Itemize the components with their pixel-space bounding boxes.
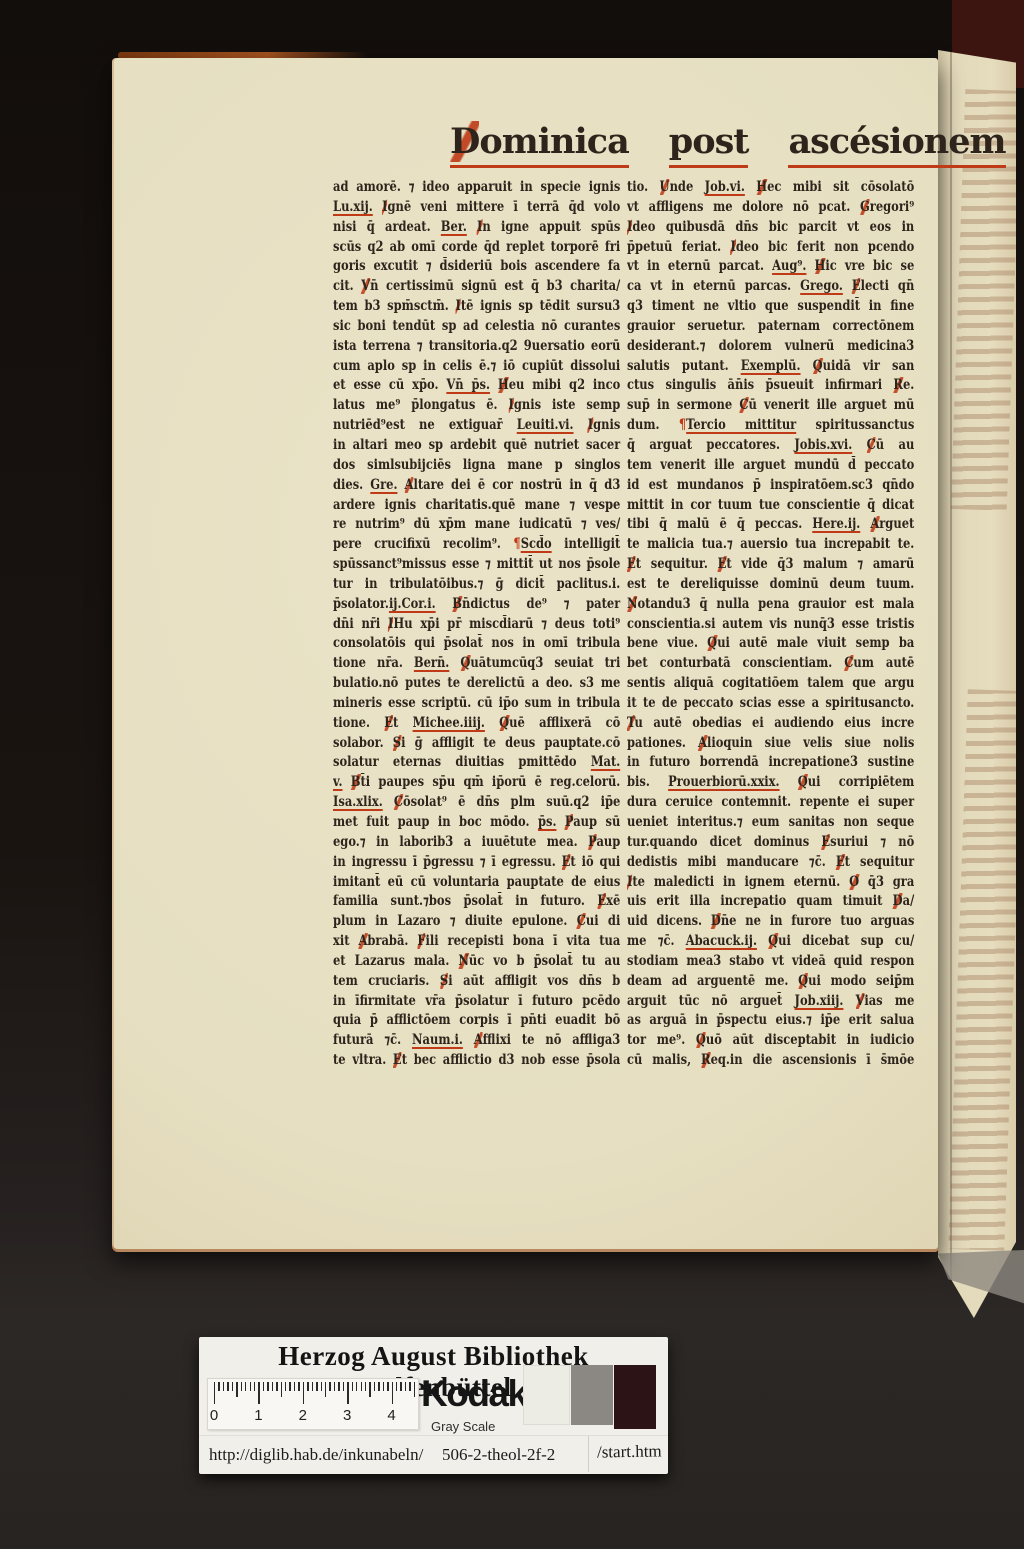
rubricated-reference: Scd̄o bbox=[521, 536, 552, 552]
text-line: tem b3 spm̄sctm̄. Itē ignis sp tēdit sur… bbox=[333, 297, 620, 317]
text-line: tur in tribulatōibus.⁊ ḡ dicit̄ paclitus… bbox=[333, 575, 620, 595]
text-line: cit. Vn̄ certissimū signū est q̄ b3 char… bbox=[333, 277, 620, 297]
text-segment: u autē obedias ei audiendo eius incre bbox=[634, 715, 914, 731]
text-segment: as arguā in p̄spectu eius.⁊ ip̄e erit sa… bbox=[627, 1012, 914, 1028]
rubricated-initial: D bbox=[711, 913, 721, 929]
text-line: sic boni tendūt sp ad celestia nō curant… bbox=[333, 317, 620, 337]
text-segment: ca vt in eternū parcas. bbox=[627, 278, 800, 294]
text-segment: regori⁹ bbox=[870, 199, 915, 215]
running-title-text: p bbox=[669, 121, 692, 162]
rubricated-reference: Tercio mittitur bbox=[686, 417, 796, 433]
rubricated-reference: Grego. bbox=[800, 278, 843, 294]
rubricated-initial: Q bbox=[707, 635, 717, 651]
text-segment: ctus singulis ān̄is p̄sueuit infirmari bbox=[627, 377, 893, 393]
ruler-tick bbox=[365, 1382, 366, 1391]
rubricated-initial: E bbox=[627, 556, 636, 572]
rubricated-reference: Mat. bbox=[591, 754, 620, 770]
rubricated-initial: C bbox=[577, 913, 586, 929]
text-line: ego.⁊ in laborib3 a iuuētute mea. Paup bbox=[333, 833, 620, 853]
text-segment: eq.in die ascensionis ī s̄mōe bbox=[711, 1052, 915, 1068]
text-segment: stodiam mea3 stabo vt videā quid respon bbox=[627, 953, 914, 969]
text-segment: sentis aliquā cogitatiōem talem que argu bbox=[627, 675, 914, 691]
text-line: latus me⁹ p̄longatus ē. Ignis iste semp bbox=[333, 396, 620, 416]
text-segment: deo quibusdā dn̄s bic parcit vt eos in bbox=[632, 219, 914, 235]
kodak-logo-text: Kodak bbox=[421, 1373, 527, 1415]
text-segment: rguet bbox=[879, 516, 914, 532]
text-segment bbox=[757, 933, 768, 949]
rubricated-reference: v. bbox=[333, 774, 343, 790]
rubricated-initial: E bbox=[597, 893, 606, 909]
text-line: bet conturbatā conscientiam. Cum autē bbox=[627, 654, 914, 674]
text-segment: t sequitur. bbox=[636, 556, 718, 572]
text-line: ad amorē. ⁊ ideo apparuit in specie igni… bbox=[333, 178, 620, 198]
text-segment: ltare dei ē cor nostrū in q̄ d3 bbox=[413, 477, 620, 493]
text-segment: ui dicebat sup cu/ bbox=[778, 933, 914, 949]
rubricated-initial: A bbox=[405, 477, 414, 493]
text-segment: uō aūt disceptabit in iudicio bbox=[706, 1032, 914, 1048]
ruler-tick bbox=[218, 1382, 219, 1391]
rubricated-initial: U bbox=[660, 179, 670, 195]
text-segment: ūc vo b p̄solat̄ tu au bbox=[469, 953, 620, 969]
text-segment: tibi q̄ malū ē q̄ peccas. bbox=[627, 516, 812, 532]
text-segment: scūs q2 ab omī corde q̄d replet torporē … bbox=[333, 239, 620, 255]
facing-page-edge bbox=[938, 50, 1016, 1318]
right-text-column: tio. Unde Job.vi. Hec mibi sit cōsolatōv… bbox=[627, 178, 914, 1088]
text-segment: tē ignis sp tēdit sursu3 bbox=[461, 298, 620, 314]
running-title-text: scésionem bbox=[810, 121, 1005, 162]
ruler-tick bbox=[334, 1382, 335, 1391]
text-segment: conscientia.si autem vis nunq̄3 esse tri… bbox=[627, 616, 914, 632]
running-title-word: ascésionem bbox=[788, 120, 1005, 168]
running-title-word: post bbox=[669, 120, 749, 168]
rubricated-initial: C bbox=[867, 437, 876, 453]
rubricated-initial: P bbox=[588, 834, 596, 850]
text-segment: n̄ certissimū signū est q̄ b3 charita/ bbox=[370, 278, 620, 294]
text-segment: i aūt affligit vos dn̄s b bbox=[448, 973, 620, 989]
rubricated-initial: R bbox=[701, 1052, 711, 1068]
text-line: scūs q2 ab omī corde q̄d replet torporē … bbox=[333, 238, 620, 258]
rubricated-initial: V bbox=[856, 993, 865, 1009]
text-segment: imitant̄ eū cū voluntaria pauptate de ei… bbox=[333, 874, 620, 890]
text-segment: nde bbox=[670, 179, 705, 195]
ruler-tick bbox=[396, 1382, 397, 1391]
text-line: ista terrena ⁊ transitoria.q2 9uersatio … bbox=[333, 337, 620, 357]
text-segment: tione nr̄a. bbox=[333, 655, 414, 671]
rubricated-initial: S bbox=[393, 735, 401, 751]
rubricated-initial: Q bbox=[499, 715, 509, 731]
ruler-tick bbox=[276, 1382, 277, 1391]
ruler-number: 3 bbox=[343, 1407, 351, 1424]
rubricated-reference: Gre. bbox=[370, 477, 397, 493]
running-title-text: ominica bbox=[479, 121, 628, 162]
text-segment: tem cruciaris. bbox=[333, 973, 440, 989]
rubricated-initial: B bbox=[452, 596, 462, 612]
text-segment: aup bbox=[596, 834, 620, 850]
text-segment: tione. bbox=[333, 715, 384, 731]
rubricated-initial: B bbox=[351, 774, 361, 790]
text-line: tione nr̄a. Bern̄. Quātumcūq3 seuiat tri bbox=[333, 654, 620, 674]
ruler-tick bbox=[414, 1382, 415, 1397]
text-segment: consolatōis qui p̄solat̄ nos in omī trib… bbox=[333, 635, 620, 651]
text-line: Tu autē obedias ei audiendo eius incre bbox=[627, 714, 914, 734]
ruler-tick bbox=[254, 1382, 255, 1391]
rubricated-reference: Michee.iiij. bbox=[413, 715, 485, 731]
red-paragraph-mark: ¶ bbox=[679, 417, 686, 433]
text-segment: dedistis mibi manducare ⁊c̄. bbox=[627, 854, 836, 870]
ruler-tick bbox=[281, 1382, 282, 1397]
text-segment: fflixi te nō affliga3 bbox=[483, 1032, 621, 1048]
text-line: plum in Lazaro ⁊ diuite epulone. Cui di bbox=[333, 912, 620, 932]
rubricated-initial: N bbox=[458, 953, 469, 969]
ruler-tick bbox=[223, 1382, 224, 1391]
ruler-tick bbox=[307, 1382, 308, 1391]
text-segment: te maledicti in ignem eternū. bbox=[632, 874, 849, 890]
text-segment bbox=[449, 655, 460, 671]
rubricated-reference: Exemplū. bbox=[741, 358, 801, 374]
text-segment: arguit tūc nō arguet̄ bbox=[627, 993, 795, 1009]
running-title-text: ost bbox=[692, 121, 748, 162]
rubricated-reference: Vn̄ p̄s. bbox=[446, 377, 490, 393]
text-segment: bene viue. bbox=[627, 635, 707, 651]
text-segment: cū malis, bbox=[627, 1052, 701, 1068]
ruler-tick bbox=[241, 1382, 242, 1391]
text-segment bbox=[843, 993, 855, 1009]
rubricated-initial: A bbox=[358, 933, 367, 949]
rubricated-initial: C bbox=[844, 655, 853, 671]
text-segment: in futuro borrendā increpatione3 sustine bbox=[627, 754, 914, 770]
text-line: tio. Unde Job.vi. Hec mibi sit cōsolatō bbox=[627, 178, 914, 198]
ruler-number: 2 bbox=[299, 1407, 307, 1424]
text-segment: id est mundanos p̄ inspiratōem.sc3 qn̄do bbox=[627, 477, 914, 493]
ruler-tick bbox=[285, 1382, 286, 1391]
ruler-tick bbox=[374, 1382, 375, 1391]
cm-ruler: 01234 bbox=[207, 1378, 419, 1430]
ruler-tick bbox=[236, 1382, 237, 1397]
ruler-tick bbox=[267, 1382, 268, 1391]
ruler-tick bbox=[378, 1382, 379, 1391]
text-segment: desiderant.⁊ dolorem vulnerū medicina3 bbox=[627, 338, 914, 354]
left-text-column: ad amorē. ⁊ ideo apparuit in specie igni… bbox=[333, 178, 620, 1088]
rubricated-initial: E bbox=[393, 1052, 402, 1068]
text-segment bbox=[843, 278, 852, 294]
text-line: cum aplo sp in celis ē.⁊ iō cupiūt disso… bbox=[333, 357, 620, 377]
text-segment: ec mibi sit cōsolatō bbox=[767, 179, 914, 195]
text-segment: futurā ⁊c̄. bbox=[333, 1032, 412, 1048]
text-segment: et Lazarus mala. bbox=[333, 953, 458, 969]
text-line: tibi q̄ malū ē q̄ peccas. Here.ij. Argue… bbox=[627, 515, 914, 535]
text-segment: sic boni tendūt sp ad celestia nō curant… bbox=[333, 318, 620, 334]
text-segment: in īfirmitate vr̄a p̄solatur ī futuro pc… bbox=[333, 993, 620, 1009]
text-segment: ui di bbox=[586, 913, 620, 929]
text-segment bbox=[801, 358, 813, 374]
text-line: dedistis mibi manducare ⁊c̄. Et sequitur bbox=[627, 853, 914, 873]
text-line: quia p̄ afflictōem corpis ī pn̄ti euadit… bbox=[333, 1011, 620, 1031]
ruler-tick bbox=[312, 1382, 313, 1391]
text-segment: ic vre bic se bbox=[825, 258, 914, 274]
text-segment: suriui ⁊ nō bbox=[830, 834, 914, 850]
text-line: mittit in cor tuum tue conscientie q̄ di… bbox=[627, 496, 914, 516]
text-line: dura ceruice contemnit. repente ei super bbox=[627, 793, 914, 813]
text-line: te vltra. Et bec afflictio d3 nob esse p… bbox=[333, 1051, 620, 1071]
text-segment: deo bic ferit non pcendo bbox=[736, 239, 914, 255]
text-segment: n̄e ne in furore tuo arguas bbox=[721, 913, 914, 929]
text-line: tur.quando dicet dominus Esuriui ⁊ nō bbox=[627, 833, 914, 853]
text-segment: et esse cū xp̄o. bbox=[333, 377, 446, 393]
rubricated-initial: N bbox=[627, 596, 638, 612]
text-line: it te de peccato scias esse a spiritusan… bbox=[627, 694, 914, 714]
text-segment: t vide q̄3 malum ⁊ amarū bbox=[726, 556, 914, 572]
text-segment: mittit in cor tuum tue conscientie q̄ di… bbox=[627, 497, 914, 513]
text-segment: est te dereliquisse dominū deum tuum. bbox=[627, 576, 914, 592]
text-segment: t bbox=[393, 715, 413, 731]
text-line: Notandu3 q̄ nulla pena grauior est mala bbox=[627, 595, 914, 615]
text-line: in ingressu ī p̄gressu ⁊ ī egressu. Et i… bbox=[333, 853, 620, 873]
text-segment: ista terrena ⁊ transitoria.q2 9uersatio … bbox=[333, 338, 620, 354]
rubricated-reference: Isa.xlix. bbox=[333, 794, 383, 810]
text-segment: pationes. bbox=[627, 735, 698, 751]
ruler-tick bbox=[289, 1382, 290, 1391]
ruler-tick bbox=[227, 1382, 228, 1391]
text-segment: bulatio.nō putes te derelictū a deo. s3 … bbox=[333, 675, 620, 691]
text-segment: tem venerit ille arguet mundū d̄ peccato bbox=[627, 457, 914, 473]
text-segment: ui corripiētem bbox=[808, 774, 915, 790]
text-line: met fuit paup in boc mōdo. p̄s. Paup sū bbox=[333, 813, 620, 833]
ruler-tick bbox=[361, 1382, 362, 1391]
ruler-tick bbox=[387, 1382, 388, 1391]
rubricated-initial: C bbox=[394, 794, 403, 810]
text-line: vt in eternū parcat. Aug⁹. Hic vre bic s… bbox=[627, 257, 914, 277]
text-line: solatur eternas diuitias pmittēdo Mat. bbox=[333, 753, 620, 773]
rubricated-initial: E bbox=[384, 715, 393, 731]
ruler-number: 4 bbox=[387, 1407, 395, 1424]
ruler-tick bbox=[232, 1382, 233, 1391]
rubricated-initial: C bbox=[739, 397, 748, 413]
text-line: te malicia tua.⁊ auersio tua increpabit … bbox=[627, 535, 914, 555]
text-segment: tor me⁹. bbox=[627, 1032, 696, 1048]
text-line: mineris esse scriptū. cū ip̄o sum in tri… bbox=[333, 694, 620, 714]
text-line: familia sunt.⁊bos p̄solat̄ in futuro. Ex… bbox=[333, 892, 620, 912]
text-line: ardere ignis charitatis.quē mane ⁊ vespe bbox=[333, 496, 620, 516]
text-line: p̄petuū feriat. Ideo bic ferit non pcend… bbox=[627, 238, 914, 258]
text-segment: gnis bbox=[593, 417, 620, 433]
text-line: et Lazarus mala. Nūc vo b p̄solat̄ tu au bbox=[333, 952, 620, 972]
text-line: vt affligens me dolore nō pcat. Gregori⁹ bbox=[627, 198, 914, 218]
ruler-number: 1 bbox=[254, 1407, 262, 1424]
text-segment: it te de peccato scias esse a spiritusan… bbox=[627, 695, 914, 711]
ruler-tick bbox=[383, 1382, 384, 1391]
text-segment: gnis iste semp bbox=[514, 397, 620, 413]
rubricated-initial: V bbox=[361, 278, 370, 294]
text-segment: uis erit illa increpatio quam timuit bbox=[627, 893, 893, 909]
text-line: pationes. Alioquin siue velis siue nolis bbox=[627, 734, 914, 754]
ruler-tick bbox=[329, 1382, 330, 1391]
text-segment bbox=[780, 774, 798, 790]
text-line: uis erit illa increpatio quam timuit Da/ bbox=[627, 892, 914, 912]
ruler-tick bbox=[245, 1382, 246, 1391]
text-line: me ⁊c̄. Abacuck.ij. Qui dicebat sup cu/ bbox=[627, 932, 914, 952]
text-segment: p̄solator. bbox=[333, 596, 389, 612]
text-segment: quia p̄ afflictōem corpis ī pn̄ti euadit… bbox=[333, 1012, 620, 1028]
gray-scale-label: Gray Scale bbox=[431, 1419, 495, 1436]
text-segment: vt in eternū parcat. bbox=[627, 258, 772, 274]
text-segment bbox=[806, 258, 814, 274]
text-segment: solatur eternas diuitias pmittēdo bbox=[333, 754, 591, 770]
text-segment: ego.⁊ in laborib3 a iuuētute mea. bbox=[333, 834, 588, 850]
rubricated-initial: H bbox=[498, 377, 509, 393]
text-line: bis. Prouerbiorū.xxix. Qui corripiētem bbox=[627, 773, 914, 793]
text-segment: tur in tribulatōibus.⁊ ḡ dicit̄ paclitus… bbox=[333, 576, 620, 592]
text-line: dn̄i nr̄i IHu xp̄i pr̄ miscd̄iarū ⁊ deus… bbox=[333, 615, 620, 635]
text-line: dos simlsubijciēs ligna mane p singlos bbox=[333, 456, 620, 476]
rubricated-reference: Aug⁹. bbox=[772, 258, 806, 274]
text-segment: in ingressu ī p̄gressu ⁊ ī egressu. bbox=[333, 854, 562, 870]
text-segment: spūssanct⁹missus esse ⁊ mittit̄ ut nos p… bbox=[333, 556, 620, 572]
rubricated-reference: Naum.i. bbox=[412, 1032, 463, 1048]
library-url: http://diglib.hab.de/inkunabeln/ bbox=[209, 1445, 423, 1465]
rubricated-initial: O bbox=[849, 874, 859, 890]
text-line: re nutrim⁹ dū xp̄m mane iudicatū ⁊ ves/ bbox=[333, 515, 620, 535]
rubricated-reference: Bern̄. bbox=[414, 655, 449, 671]
rubricated-initial: A bbox=[870, 516, 879, 532]
text-segment: n igne appuit spūs bbox=[482, 219, 620, 235]
text-line: sup̄ in sermone Cū venerit ille arguet m… bbox=[627, 396, 914, 416]
text-segment: tem b3 spm̄sctm̄. bbox=[333, 298, 455, 314]
text-line: ctus singulis ān̄is p̄sueuit infirmari R… bbox=[627, 376, 914, 396]
text-line: v. Bt̄i paupes sp̄u qm̄ ip̄orū ē reg.cel… bbox=[333, 773, 620, 793]
ruler-tick bbox=[321, 1382, 322, 1391]
ruler-tick bbox=[325, 1382, 326, 1397]
text-segment: goris excutit ⁊ d̄sideriū bois ascendere… bbox=[333, 258, 620, 274]
text-line: nutriēd⁹est ne extiguar̄ Leuiti.vi. Igni… bbox=[333, 416, 620, 436]
rubricated-initial: D bbox=[450, 121, 479, 162]
text-segment: ardere ignis charitatis.quē mane ⁊ vespe bbox=[333, 497, 620, 513]
text-line: in altari meo sp ardebit quē nutriet sac… bbox=[333, 436, 620, 456]
showthrough-text-blur bbox=[948, 689, 1024, 1251]
text-line: Ite maledicti in ignem eternū. O q̄3 gra bbox=[627, 873, 914, 893]
text-segment: grauior seruetur. paternam correctōnem bbox=[627, 318, 914, 334]
ruler-tick bbox=[250, 1382, 251, 1391]
text-segment: cit. bbox=[333, 278, 361, 294]
running-title: Dominica post ascésionem bbox=[450, 120, 1006, 168]
text-segment: met fuit paup in boc mōdo. bbox=[333, 814, 538, 830]
text-segment: uē afflixerā cō bbox=[509, 715, 620, 731]
text-line: desiderant.⁊ dolorem vulnerū medicina3 bbox=[627, 337, 914, 357]
text-line: goris excutit ⁊ d̄sideriū bois ascendere… bbox=[333, 257, 620, 277]
start-page-path: /start.htm bbox=[597, 1441, 662, 1462]
text-line: dies. Gre. Altare dei ē cor nostrū in q̄… bbox=[333, 476, 620, 496]
rubricated-initial: G bbox=[860, 199, 870, 215]
text-segment: pere crucifixū recolim⁹. bbox=[333, 536, 513, 552]
text-segment: vt affligens me dolore nō pcat. bbox=[627, 199, 860, 215]
text-segment: salutis putant. bbox=[627, 358, 741, 374]
ruler-tick bbox=[392, 1382, 393, 1404]
text-line: bene viue. Qui autē male viuit semp ba bbox=[627, 634, 914, 654]
rubricated-initial: Q bbox=[813, 358, 823, 374]
text-segment: q3 timent ne vltio que suspendit̄ in fin… bbox=[627, 298, 914, 314]
ruler-tick bbox=[338, 1382, 339, 1391]
text-segment: q̄3 gra bbox=[859, 874, 914, 890]
text-segment bbox=[860, 516, 870, 532]
rubricated-initial: Q bbox=[798, 973, 808, 989]
rubricated-initial: H bbox=[756, 179, 767, 195]
text-line: salutis putant. Exemplū. Quidā vir san bbox=[627, 357, 914, 377]
text-segment: xit bbox=[333, 933, 358, 949]
text-line: tione. Et Michee.iiij. Quē afflixerā cō bbox=[333, 714, 620, 734]
text-line: p̄solator.ij.Cor.i. Bn̄dictus de⁹ ⁊ pate… bbox=[333, 595, 620, 615]
rubricated-initial: Q bbox=[768, 933, 778, 949]
text-segment: me ⁊c̄. bbox=[627, 933, 686, 949]
text-segment: sup̄ in sermone bbox=[627, 397, 739, 413]
text-segment: te malicia tua.⁊ auersio tua increpabit … bbox=[627, 536, 914, 552]
text-segment bbox=[463, 1032, 474, 1048]
text-line: et esse cū xp̄o. Vn̄ p̄s. Heu mibi q2 in… bbox=[333, 376, 620, 396]
text-line: futurā ⁊c̄. Naum.i. Afflixi te nō afflig… bbox=[333, 1031, 620, 1051]
text-segment: xē bbox=[606, 893, 620, 909]
text-segment: bet conturbatā conscientiam. bbox=[627, 655, 844, 671]
text-segment: dies. bbox=[333, 477, 370, 493]
ruler-tick bbox=[409, 1382, 410, 1391]
text-segment: lioquin siue velis siue nolis bbox=[707, 735, 914, 751]
ruler-tick bbox=[294, 1382, 295, 1391]
text-segment: nisi q̄ ardeat. bbox=[333, 219, 441, 235]
ruler-tick bbox=[263, 1382, 264, 1391]
text-line: Isa.xlix. Cōsolat⁹ ē dn̄s plm suū.q2 ip̄… bbox=[333, 793, 620, 813]
grayscale-patch-dark bbox=[614, 1365, 656, 1429]
manuscript-page: Dominica post ascésionem ad amorē. ⁊ ide… bbox=[112, 58, 938, 1252]
text-segment: t bec afflictio d3 nob esse p̄sola bbox=[402, 1052, 621, 1068]
text-segment: ū au bbox=[876, 437, 915, 453]
text-segment: dum. bbox=[627, 417, 679, 433]
ruler-number: 0 bbox=[210, 1407, 218, 1424]
text-segment: eu mibi q2 inco bbox=[509, 377, 621, 393]
text-segment bbox=[485, 715, 499, 731]
text-segment: tio. bbox=[627, 179, 660, 195]
text-segment: uātumcūq3 seuiat tri bbox=[470, 655, 620, 671]
text-segment bbox=[852, 437, 866, 453]
text-segment: a/ bbox=[903, 893, 915, 909]
text-segment: ad amorē. ⁊ ideo apparuit in specie igni… bbox=[333, 179, 620, 195]
text-segment: deam ad arguentē me. bbox=[627, 973, 798, 989]
text-line: tem venerit ille arguet mundū d̄ peccato bbox=[627, 456, 914, 476]
text-line: solabor. Si ḡ affligit te deus pauptate.… bbox=[333, 734, 620, 754]
ruler-tick bbox=[347, 1382, 348, 1404]
text-line: as arguā in p̄spectu eius.⁊ ip̄e erit sa… bbox=[627, 1011, 914, 1031]
ruler-tick bbox=[298, 1382, 299, 1391]
ruler-tick bbox=[400, 1382, 401, 1391]
text-line: ueniet interitus.⁊ eum sanitas non seque bbox=[627, 813, 914, 833]
text-line: dum. ¶Tercio mittitur spiritussanctus bbox=[627, 416, 914, 436]
text-segment: brabā. bbox=[367, 933, 417, 949]
text-segment: latus me⁹ p̄longatus ē. bbox=[333, 397, 508, 413]
text-segment bbox=[343, 774, 351, 790]
text-segment: n̄dictus de⁹ ⁊ pater bbox=[462, 596, 620, 612]
rubricated-reference: Ber. bbox=[441, 219, 467, 235]
text-segment: gnē veni mittere ī terrā q̄d volo bbox=[387, 199, 620, 215]
text-line: tor me⁹. Quō aūt disceptabit in iudicio bbox=[627, 1031, 914, 1051]
text-segment: intelligit̄ bbox=[552, 536, 621, 552]
rubricated-reference: Here.ij. bbox=[812, 516, 860, 532]
text-segment: t̄i paupes sp̄u qm̄ ip̄orū ē reg.celorū. bbox=[361, 774, 621, 790]
text-segment: mineris esse scriptū. cū ip̄o sum in tri… bbox=[333, 695, 620, 711]
rubricated-reference: Lu.xij. bbox=[333, 199, 373, 215]
text-segment: lecti qn̄ bbox=[861, 278, 915, 294]
ruler-tick bbox=[343, 1382, 344, 1391]
text-line: conscientia.si autem vis nunq̄3 esse tri… bbox=[627, 615, 914, 635]
ruler-tick bbox=[356, 1382, 357, 1391]
text-line: uid dicens. Dn̄e ne in furore tuo arguas bbox=[627, 912, 914, 932]
ruler-tick bbox=[316, 1382, 317, 1391]
text-segment: i ḡ affligit te deus pauptate.cō bbox=[401, 735, 620, 751]
